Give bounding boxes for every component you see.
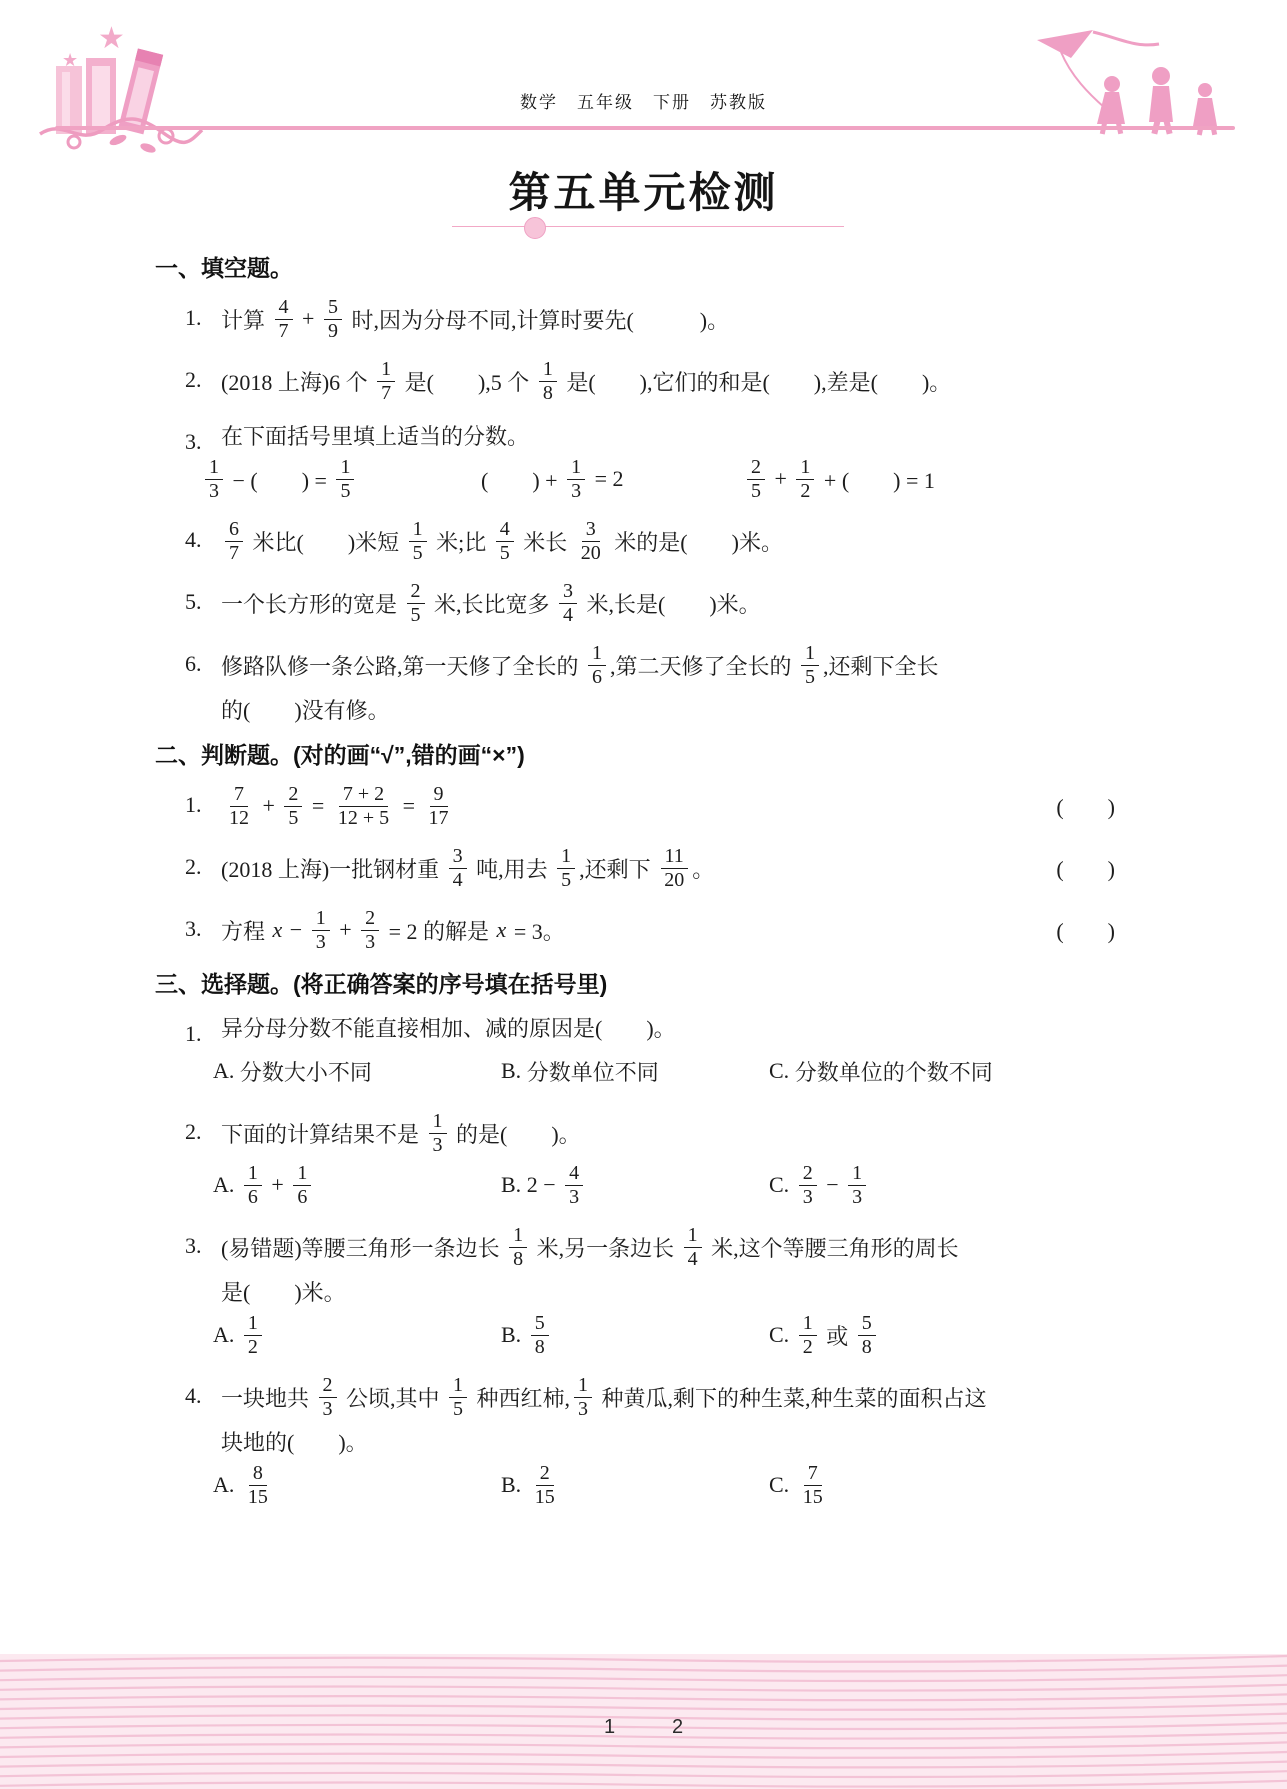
options-row: A. 16 + 16B. 2 − 43C. 23 − 13 bbox=[213, 1159, 1160, 1211]
option-label: A. bbox=[213, 1058, 240, 1084]
section-heading: 二、判断题。(对的画“√”,错的画“×”) bbox=[155, 737, 1160, 770]
question-body: (2018 上海)一批钢材重 34 吨,用去 15,还剩下 1120。 bbox=[221, 842, 1160, 894]
text-run: + bbox=[334, 917, 357, 943]
fraction-denominator: 5 bbox=[801, 666, 819, 688]
fraction-denominator: 3 bbox=[361, 931, 379, 953]
text-run: + bbox=[257, 793, 280, 819]
text-run: = 2 bbox=[589, 466, 623, 492]
section: 三、选择题。(将正确答案的序号填在括号里)1.异分母分数不能直接相加、减的原因是… bbox=[155, 966, 1160, 1511]
fraction-numerator: 2 bbox=[536, 1462, 554, 1485]
fraction-numerator: 2 bbox=[799, 1162, 817, 1185]
fraction-denominator: 6 bbox=[244, 1186, 262, 1208]
section-heading: 三、选择题。(将正确答案的序号填在括号里) bbox=[155, 966, 1160, 999]
fraction: 23 bbox=[319, 1374, 337, 1420]
text-run: 是( )米。 bbox=[221, 1276, 346, 1307]
equations-row: 13 − ( ) = 15( ) + 13 = 225 + 12 + ( ) =… bbox=[201, 453, 1160, 505]
fraction-numerator: 1 bbox=[293, 1162, 311, 1185]
text-run: 米,另一条边长 bbox=[531, 1232, 680, 1263]
fraction-denominator: 5 bbox=[409, 542, 427, 564]
option: B. 2 − 43 bbox=[501, 1162, 769, 1208]
footer-band: 1 2 bbox=[0, 1654, 1287, 1789]
title-underline-dot bbox=[524, 217, 546, 239]
fraction-numerator: 3 bbox=[449, 845, 467, 868]
option: C. 分数单位的个数不同 bbox=[769, 1056, 1160, 1087]
fraction: 815 bbox=[244, 1462, 272, 1508]
fraction: 59 bbox=[324, 296, 342, 342]
fraction: 34 bbox=[559, 580, 577, 626]
fraction-denominator: 3 bbox=[574, 1398, 592, 1420]
fraction: 45 bbox=[496, 518, 514, 564]
fraction-denominator: 3 bbox=[312, 931, 330, 953]
fraction-denominator: 6 bbox=[588, 666, 606, 688]
fraction-numerator: 2 bbox=[319, 1374, 337, 1397]
question-number: 1. bbox=[185, 293, 221, 345]
children-flying-kite-icon bbox=[1009, 24, 1249, 136]
option-label: B. bbox=[501, 1058, 527, 1084]
text-run: (2018 上海)6 个 bbox=[221, 366, 373, 397]
question-line: 方程 x − 13 + 23 = 2 的解是 x = 3。 bbox=[221, 904, 1160, 956]
question-body: 一块地共 23 公顷,其中 15 种西红柿,13 种黄瓜,剩下的种生菜,种生菜的… bbox=[221, 1371, 1160, 1511]
fraction: 25 bbox=[407, 580, 425, 626]
text-run: (2018 上海)一批钢材重 bbox=[221, 853, 445, 884]
text-run: ,还剩下全长 bbox=[823, 650, 939, 681]
text-run: 米;比 bbox=[431, 526, 492, 557]
fraction-denominator: 4 bbox=[684, 1248, 702, 1270]
question: 6.修路队修一条公路,第一天修了全长的 16,第二天修了全长的 15,还剩下全长… bbox=[155, 639, 1160, 727]
text-run: 分数单位不同 bbox=[527, 1056, 659, 1087]
fraction-numerator: 1 bbox=[377, 358, 395, 381]
fraction-numerator: 1 bbox=[509, 1224, 527, 1247]
fraction: 215 bbox=[531, 1462, 559, 1508]
text-run: 米的是( )米。 bbox=[609, 526, 783, 557]
fraction-numerator: 1 bbox=[684, 1224, 702, 1247]
text-run: 方程 bbox=[221, 915, 271, 946]
question: 2.(2018 上海)6 个 17 是( ),5 个 18 是( ),它们的和是… bbox=[155, 355, 1160, 407]
fraction-numerator: 7 bbox=[804, 1462, 822, 1485]
equation: ( ) + 13 = 2 bbox=[481, 456, 743, 502]
question-line: (2018 上海)6 个 17 是( ),5 个 18 是( ),它们的和是( … bbox=[221, 355, 1160, 407]
text-run: = 3。 bbox=[508, 915, 564, 946]
fraction-denominator: 3 bbox=[319, 1398, 337, 1420]
wave-pattern-icon bbox=[0, 1654, 1287, 1789]
question-line: 下面的计算结果不是 13 的是( )。 bbox=[221, 1107, 1160, 1159]
question-line: 712 + 25 = 7 + 212 + 5 = 917 bbox=[221, 780, 1160, 832]
text-run: 米,长是( )米。 bbox=[581, 588, 761, 619]
text-run: 公顷,其中 bbox=[341, 1382, 446, 1413]
fraction-denominator: 20 bbox=[577, 542, 605, 564]
fraction: 12 bbox=[244, 1312, 262, 1358]
text-run: ,还剩下 bbox=[579, 853, 656, 884]
fraction: 67 bbox=[225, 518, 243, 564]
question-body: 一个长方形的宽是 25 米,长比宽多 34 米,长是( )米。 bbox=[221, 577, 1160, 629]
fraction: 58 bbox=[858, 1312, 876, 1358]
fraction-numerator: 1 bbox=[567, 456, 585, 479]
fraction-denominator: 5 bbox=[496, 542, 514, 564]
fraction-numerator: 1 bbox=[409, 518, 427, 541]
text-run: + bbox=[297, 306, 320, 332]
fraction: 47 bbox=[275, 296, 293, 342]
text-run: 分数大小不同 bbox=[240, 1056, 372, 1087]
text-run: + bbox=[266, 1172, 289, 1198]
fraction-denominator: 12 bbox=[225, 807, 253, 829]
question-line: (易错题)等腰三角形一条边长 18 米,另一条边长 14 米,这个等腰三角形的周… bbox=[221, 1221, 1160, 1273]
fraction-denominator: 4 bbox=[449, 869, 467, 891]
question-line: (2018 上海)一批钢材重 34 吨,用去 15,还剩下 1120。 bbox=[221, 842, 1160, 894]
edition-label: 数学 五年级 下册 苏教版 bbox=[0, 88, 1287, 113]
text-run: 吨,用去 bbox=[471, 853, 554, 884]
text-run: = 2 的解是 bbox=[383, 915, 494, 946]
page-number-left: 1 bbox=[604, 1716, 615, 1739]
question: 1.异分母分数不能直接相加、减的原因是( )。A. 分数大小不同B. 分数单位不… bbox=[155, 1009, 1160, 1097]
fraction-denominator: 5 bbox=[284, 807, 302, 829]
text-run: 米,这个等腰三角形的周长 bbox=[706, 1232, 959, 1263]
fraction-denominator: 2 bbox=[244, 1336, 262, 1358]
text-run: 的( )没有修。 bbox=[221, 694, 390, 725]
text-run: 是( ),5 个 bbox=[399, 366, 535, 397]
fraction-denominator: 6 bbox=[293, 1186, 311, 1208]
option: C. 23 − 13 bbox=[769, 1162, 1160, 1208]
answer-bracket: ( ) bbox=[1056, 853, 1115, 884]
fraction: 16 bbox=[244, 1162, 262, 1208]
fraction: 25 bbox=[284, 783, 302, 829]
fraction: 7 + 212 + 5 bbox=[334, 783, 393, 829]
fraction-denominator: 5 bbox=[336, 480, 354, 502]
variable: x bbox=[273, 917, 283, 943]
fraction-numerator: 1 bbox=[848, 1162, 866, 1185]
option: B. 58 bbox=[501, 1312, 769, 1358]
fraction-denominator: 8 bbox=[858, 1336, 876, 1358]
text-run: 块地的( )。 bbox=[221, 1426, 368, 1457]
fraction-numerator: 11 bbox=[661, 845, 688, 868]
fraction: 16 bbox=[293, 1162, 311, 1208]
fraction: 14 bbox=[684, 1224, 702, 1270]
option: A. 815 bbox=[213, 1462, 501, 1508]
fraction-numerator: 1 bbox=[796, 456, 814, 479]
fraction-denominator: 5 bbox=[747, 480, 765, 502]
text-run: (易错题)等腰三角形一条边长 bbox=[221, 1232, 505, 1263]
fraction-numerator: 2 bbox=[747, 456, 765, 479]
fraction-denominator: 7 bbox=[225, 542, 243, 564]
fraction-numerator: 8 bbox=[249, 1462, 267, 1485]
section-heading: 一、填空题。 bbox=[155, 250, 1160, 283]
text-run: ,第二天修了全长的 bbox=[610, 650, 797, 681]
fraction-numerator: 2 bbox=[284, 783, 302, 806]
fraction: 13 bbox=[205, 456, 223, 502]
fraction: 43 bbox=[565, 1162, 583, 1208]
fraction-denominator: 2 bbox=[796, 480, 814, 502]
fraction-denominator: 8 bbox=[539, 382, 557, 404]
text-run: 修路队修一条公路,第一天修了全长的 bbox=[221, 650, 584, 681]
text-run: = bbox=[397, 793, 420, 819]
question-body: (易错题)等腰三角形一条边长 18 米,另一条边长 14 米,这个等腰三角形的周… bbox=[221, 1221, 1160, 1361]
fraction-numerator: 7 bbox=[230, 783, 248, 806]
option-label: A. bbox=[213, 1172, 240, 1198]
option: C. 12 或 58 bbox=[769, 1312, 1160, 1358]
text-run: ( ) + bbox=[481, 464, 563, 495]
text-run: 计算 bbox=[221, 304, 271, 335]
fraction-denominator: 2 bbox=[799, 1336, 817, 1358]
question-line: 块地的( )。 bbox=[221, 1423, 1160, 1459]
question-line: 计算 47 + 59 时,因为分母不同,计算时要先( )。 bbox=[221, 293, 1160, 345]
worksheet-page: ★ ★ ★ bbox=[0, 0, 1287, 1789]
fraction-numerator: 7 + 2 bbox=[339, 783, 388, 806]
question: 1.计算 47 + 59 时,因为分母不同,计算时要先( )。 bbox=[155, 293, 1160, 345]
fraction: 13 bbox=[848, 1162, 866, 1208]
question-body: 计算 47 + 59 时,因为分母不同,计算时要先( )。 bbox=[221, 293, 1160, 345]
page-number-right: 2 bbox=[672, 1716, 683, 1739]
fraction: 320 bbox=[577, 518, 605, 564]
fraction: 18 bbox=[509, 1224, 527, 1270]
options-row: A. 分数大小不同B. 分数单位不同C. 分数单位的个数不同 bbox=[213, 1045, 1160, 1097]
question: 3.在下面括号里填上适当的分数。13 − ( ) = 15( ) + 13 = … bbox=[155, 417, 1160, 505]
question-line: 一个长方形的宽是 25 米,长比宽多 34 米,长是( )米。 bbox=[221, 577, 1160, 629]
question: 4.67 米比( )米短 15 米;比 45 米长 320 米的是( )米。 bbox=[155, 515, 1160, 567]
fraction-denominator: 20 bbox=[660, 869, 688, 891]
fraction-denominator: 3 bbox=[205, 480, 223, 502]
fraction-denominator: 9 bbox=[324, 320, 342, 342]
answer-bracket: ( ) bbox=[1056, 915, 1115, 946]
question-line: 异分母分数不能直接相加、减的原因是( )。 bbox=[221, 1009, 1160, 1045]
fraction-denominator: 3 bbox=[848, 1186, 866, 1208]
fraction-denominator: 15 bbox=[531, 1486, 559, 1508]
fraction-denominator: 5 bbox=[407, 604, 425, 626]
question-line: 的( )没有修。 bbox=[221, 691, 1160, 727]
question-number: 4. bbox=[185, 515, 221, 567]
fraction-numerator: 1 bbox=[801, 642, 819, 665]
header-divider-line bbox=[55, 126, 1235, 130]
text-run: 2 − bbox=[527, 1172, 561, 1198]
fraction-denominator: 4 bbox=[559, 604, 577, 626]
question-line: 67 米比( )米短 15 米;比 45 米长 320 米的是( )米。 bbox=[221, 515, 1160, 567]
fraction: 1120 bbox=[660, 845, 688, 891]
fraction: 17 bbox=[377, 358, 395, 404]
option: C. 715 bbox=[769, 1462, 1160, 1508]
section: 二、判断题。(对的画“√”,错的画“×”)( )1.712 + 25 = 7 +… bbox=[155, 737, 1160, 956]
fraction: 715 bbox=[799, 1462, 827, 1508]
fraction: 712 bbox=[225, 783, 253, 829]
questions-area: 一、填空题。1.计算 47 + 59 时,因为分母不同,计算时要先( )。2.(… bbox=[155, 246, 1160, 1521]
fraction-denominator: 15 bbox=[799, 1486, 827, 1508]
fraction: 58 bbox=[531, 1312, 549, 1358]
fraction-numerator: 1 bbox=[244, 1162, 262, 1185]
text-run: 一块地共 bbox=[221, 1382, 315, 1413]
fraction: 15 bbox=[557, 845, 575, 891]
option-label: B. bbox=[501, 1322, 527, 1348]
question-line: 修路队修一条公路,第一天修了全长的 16,第二天修了全长的 15,还剩下全长 bbox=[221, 639, 1160, 691]
text-run: = bbox=[306, 793, 329, 819]
fraction: 34 bbox=[449, 845, 467, 891]
options-row: A. 815B. 215C. 715 bbox=[213, 1459, 1160, 1511]
fraction-numerator: 4 bbox=[275, 296, 293, 319]
fraction-denominator: 12 + 5 bbox=[334, 807, 393, 829]
fraction-denominator: 8 bbox=[509, 1248, 527, 1270]
fraction: 15 bbox=[409, 518, 427, 564]
fraction: 13 bbox=[567, 456, 585, 502]
question-body: 异分母分数不能直接相加、减的原因是( )。A. 分数大小不同B. 分数单位不同C… bbox=[221, 1009, 1160, 1097]
variable: x bbox=[497, 917, 507, 943]
text-run: 时,因为分母不同,计算时要先( )。 bbox=[346, 304, 729, 335]
option: A. 分数大小不同 bbox=[213, 1056, 501, 1087]
svg-text:★: ★ bbox=[98, 22, 125, 55]
equation: 13 − ( ) = 15 bbox=[201, 456, 481, 502]
question-body: 修路队修一条公路,第一天修了全长的 16,第二天修了全长的 15,还剩下全长的(… bbox=[221, 639, 1160, 727]
question-number: 2. bbox=[185, 355, 221, 407]
fraction: 23 bbox=[799, 1162, 817, 1208]
fraction: 16 bbox=[588, 642, 606, 688]
question-body: 在下面括号里填上适当的分数。13 − ( ) = 15( ) + 13 = 22… bbox=[221, 417, 1160, 505]
fraction-numerator: 5 bbox=[858, 1312, 876, 1335]
options-row: A. 12B. 58C. 12 或 58 bbox=[213, 1309, 1160, 1361]
text-run: 在下面括号里填上适当的分数。 bbox=[221, 420, 529, 451]
text-run: − ( ) = bbox=[227, 464, 332, 495]
question-number: 2. bbox=[185, 842, 221, 894]
fraction-numerator: 5 bbox=[531, 1312, 549, 1335]
page-title: 第五单元检测 bbox=[0, 160, 1287, 220]
text-run: − bbox=[284, 917, 307, 943]
text-run: 或 bbox=[821, 1320, 854, 1351]
option: A. 16 + 16 bbox=[213, 1162, 501, 1208]
text-run: 种西红柿, bbox=[471, 1382, 570, 1413]
question: 5.一个长方形的宽是 25 米,长比宽多 34 米,长是( )米。 bbox=[155, 577, 1160, 629]
text-run: − bbox=[821, 1172, 844, 1198]
question-line: 一块地共 23 公顷,其中 15 种西红柿,13 种黄瓜,剩下的种生菜,种生菜的… bbox=[221, 1371, 1160, 1423]
text-run: 一个长方形的宽是 bbox=[221, 588, 403, 619]
option-label: A. bbox=[213, 1322, 240, 1348]
fraction-numerator: 1 bbox=[205, 456, 223, 479]
fraction-denominator: 7 bbox=[377, 382, 395, 404]
fraction-denominator: 8 bbox=[531, 1336, 549, 1358]
text-run: 米长 bbox=[518, 526, 573, 557]
question: ( )3.方程 x − 13 + 23 = 2 的解是 x = 3。 bbox=[155, 904, 1160, 956]
question-body: 712 + 25 = 7 + 212 + 5 = 917 bbox=[221, 780, 1160, 832]
fraction-denominator: 3 bbox=[799, 1186, 817, 1208]
fraction-denominator: 3 bbox=[565, 1186, 583, 1208]
text-run: + bbox=[769, 466, 792, 492]
text-run: 分数单位的个数不同 bbox=[795, 1056, 993, 1087]
question: ( )2.(2018 上海)一批钢材重 34 吨,用去 15,还剩下 1120。 bbox=[155, 842, 1160, 894]
fraction-numerator: 1 bbox=[312, 907, 330, 930]
option-label: C. bbox=[769, 1058, 795, 1084]
fraction: 12 bbox=[799, 1312, 817, 1358]
fraction-numerator: 5 bbox=[324, 296, 342, 319]
fraction: 15 bbox=[449, 1374, 467, 1420]
fraction-denominator: 3 bbox=[567, 480, 585, 502]
question: ( )1.712 + 25 = 7 + 212 + 5 = 917 bbox=[155, 780, 1160, 832]
fraction-denominator: 3 bbox=[429, 1134, 447, 1156]
question-body: 下面的计算结果不是 13 的是( )。A. 16 + 16B. 2 − 43C.… bbox=[221, 1107, 1160, 1211]
question-body: 方程 x − 13 + 23 = 2 的解是 x = 3。 bbox=[221, 904, 1160, 956]
option-label: C. bbox=[769, 1172, 795, 1198]
question-line: 在下面括号里填上适当的分数。 bbox=[221, 417, 1160, 453]
fraction-numerator: 3 bbox=[559, 580, 577, 603]
option-label: B. bbox=[501, 1472, 527, 1498]
fraction-numerator: 1 bbox=[588, 642, 606, 665]
text-run: 种黄瓜,剩下的种生菜,种生菜的面积占这 bbox=[596, 1382, 987, 1413]
text-run: 异分母分数不能直接相加、减的原因是( )。 bbox=[221, 1012, 676, 1043]
text-run: 的是( )。 bbox=[451, 1118, 581, 1149]
question-number: 3. bbox=[185, 904, 221, 956]
fraction: 25 bbox=[747, 456, 765, 502]
option-label: B. bbox=[501, 1172, 527, 1198]
books-and-stars-icon: ★ ★ ★ bbox=[36, 14, 236, 154]
fraction-numerator: 4 bbox=[496, 518, 514, 541]
fraction-numerator: 3 bbox=[582, 518, 600, 541]
question-body: (2018 上海)6 个 17 是( ),5 个 18 是( ),它们的和是( … bbox=[221, 355, 1160, 407]
fraction-numerator: 4 bbox=[565, 1162, 583, 1185]
fraction-numerator: 1 bbox=[449, 1374, 467, 1397]
fraction-numerator: 2 bbox=[407, 580, 425, 603]
fraction: 13 bbox=[574, 1374, 592, 1420]
text-run: + ( ) = 1 bbox=[818, 464, 934, 495]
fraction-numerator: 1 bbox=[557, 845, 575, 868]
fraction: 23 bbox=[361, 907, 379, 953]
fraction-denominator: 5 bbox=[449, 1398, 467, 1420]
fraction-numerator: 1 bbox=[336, 456, 354, 479]
question-line: 是( )米。 bbox=[221, 1273, 1160, 1309]
question-number: 1. bbox=[185, 780, 221, 832]
fraction-numerator: 1 bbox=[539, 358, 557, 381]
fraction-denominator: 7 bbox=[275, 320, 293, 342]
question: 3.(易错题)等腰三角形一条边长 18 米,另一条边长 14 米,这个等腰三角形… bbox=[155, 1221, 1160, 1361]
question: 4.一块地共 23 公顷,其中 15 种西红柿,13 种黄瓜,剩下的种生菜,种生… bbox=[155, 1371, 1160, 1511]
fraction-denominator: 5 bbox=[557, 869, 575, 891]
question-number: 5. bbox=[185, 577, 221, 629]
option: B. 215 bbox=[501, 1462, 769, 1508]
fraction: 13 bbox=[429, 1110, 447, 1156]
option-label: A. bbox=[213, 1472, 240, 1498]
option-label: C. bbox=[769, 1472, 795, 1498]
fraction-numerator: 1 bbox=[429, 1110, 447, 1133]
text-run: 下面的计算结果不是 bbox=[221, 1118, 425, 1149]
fraction: 917 bbox=[425, 783, 453, 829]
fraction: 13 bbox=[312, 907, 330, 953]
fraction-numerator: 1 bbox=[574, 1374, 592, 1397]
fraction-denominator: 17 bbox=[425, 807, 453, 829]
option: A. 12 bbox=[213, 1312, 501, 1358]
answer-bracket: ( ) bbox=[1056, 791, 1115, 822]
question-body: 67 米比( )米短 15 米;比 45 米长 320 米的是( )米。 bbox=[221, 515, 1160, 567]
fraction: 15 bbox=[801, 642, 819, 688]
text-run: 是( ),它们的和是( ),差是( )。 bbox=[561, 366, 951, 397]
fraction: 18 bbox=[539, 358, 557, 404]
text-run: 。 bbox=[692, 853, 714, 884]
fraction-numerator: 9 bbox=[430, 783, 448, 806]
text-run: 米比( )米短 bbox=[247, 526, 405, 557]
fraction-numerator: 1 bbox=[799, 1312, 817, 1335]
option: B. 分数单位不同 bbox=[501, 1056, 769, 1087]
fraction-numerator: 6 bbox=[225, 518, 243, 541]
fraction: 15 bbox=[336, 456, 354, 502]
question-number: 6. bbox=[185, 639, 221, 727]
fraction-numerator: 1 bbox=[244, 1312, 262, 1335]
section: 一、填空题。1.计算 47 + 59 时,因为分母不同,计算时要先( )。2.(… bbox=[155, 250, 1160, 727]
question: 2.下面的计算结果不是 13 的是( )。A. 16 + 16B. 2 − 43… bbox=[155, 1107, 1160, 1211]
equation: 25 + 12 + ( ) = 1 bbox=[743, 456, 1160, 502]
text-run: 米,长比宽多 bbox=[429, 588, 556, 619]
fraction-numerator: 2 bbox=[361, 907, 379, 930]
fraction: 12 bbox=[796, 456, 814, 502]
title-underline bbox=[452, 226, 844, 227]
fraction-denominator: 15 bbox=[244, 1486, 272, 1508]
option-label: C. bbox=[769, 1322, 795, 1348]
